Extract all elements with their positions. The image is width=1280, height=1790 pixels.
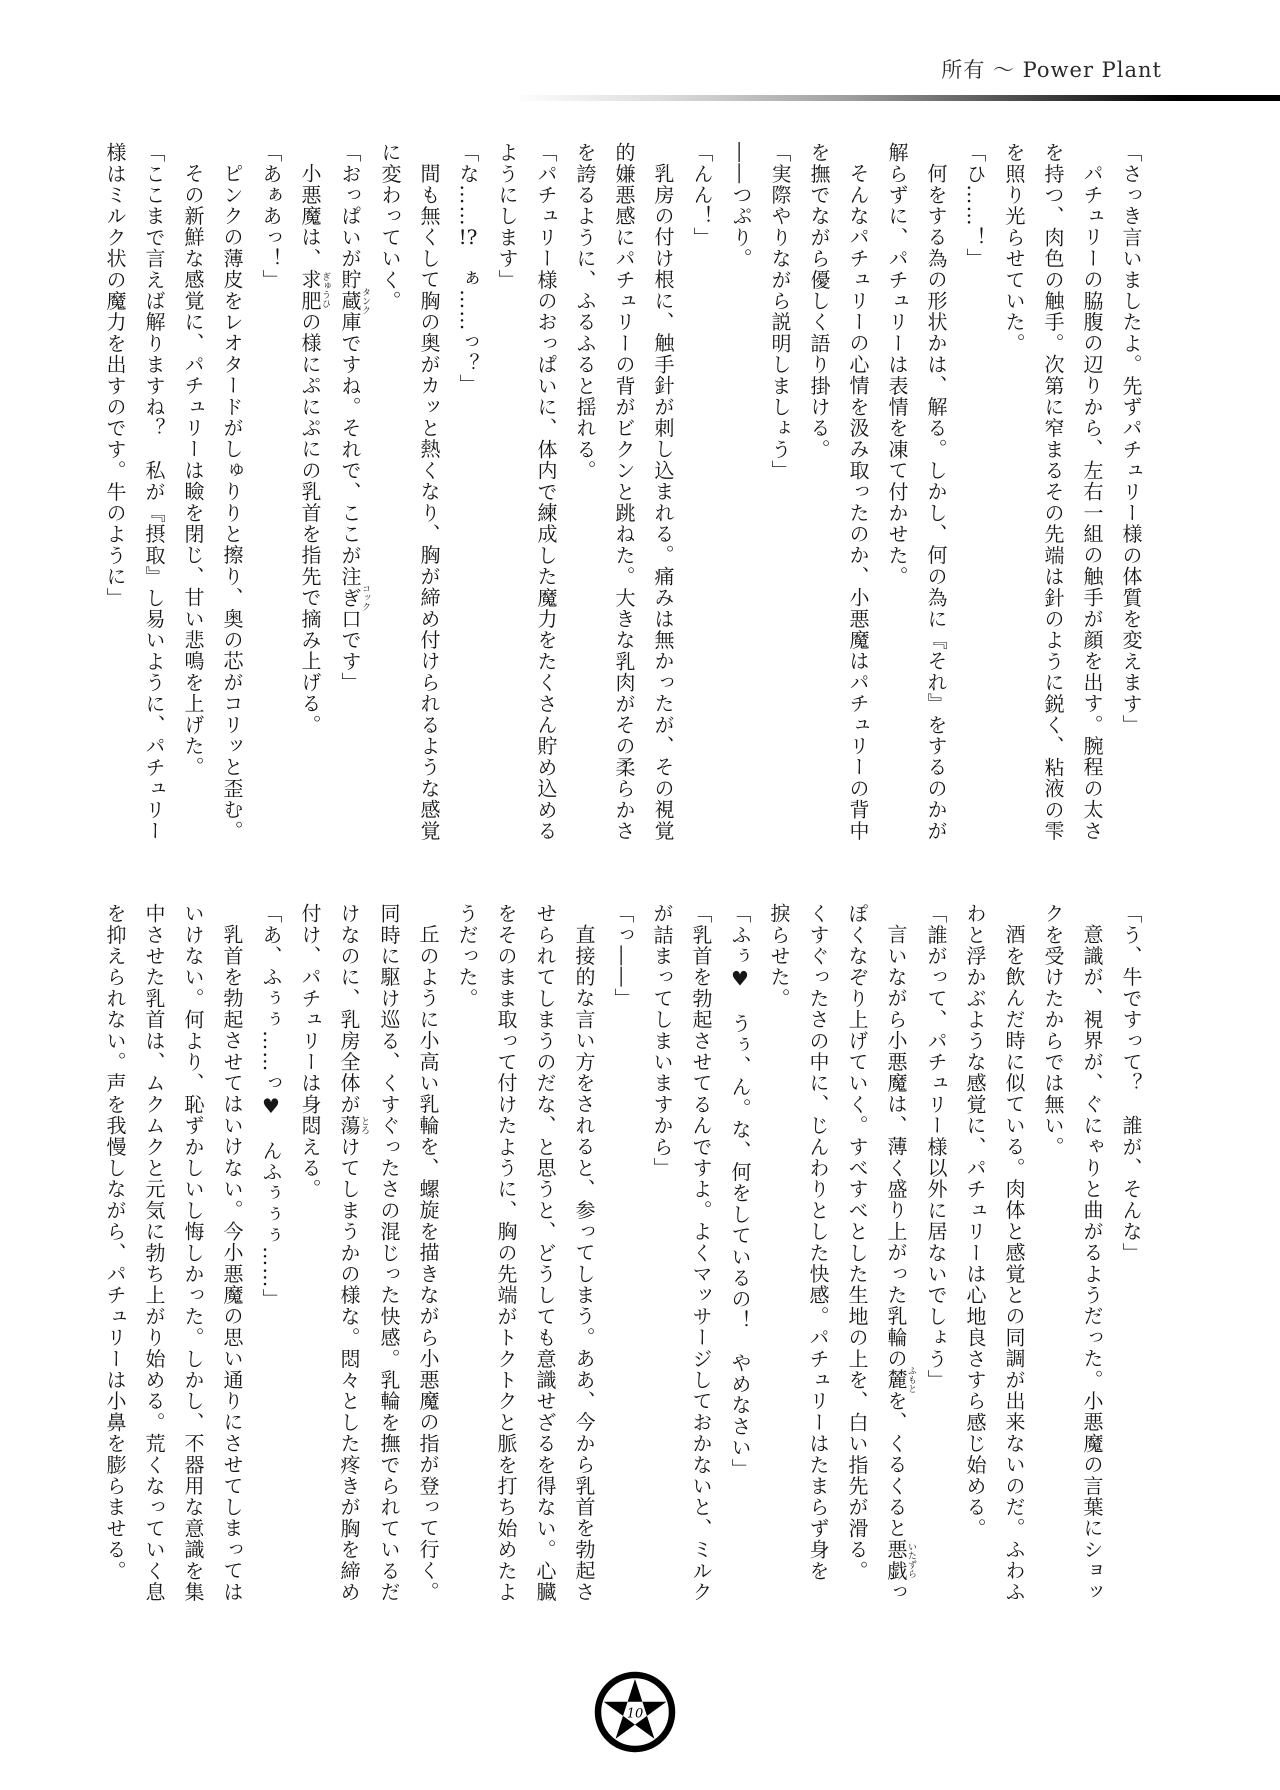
ruby-annotated-word: 蕩とろ: [337, 1115, 361, 1136]
page-number: 10: [627, 1707, 644, 1722]
text-column: 「パチュリー様のおっぱいに、体内で練成した魔力をたくさん貯め込める: [526, 142, 565, 894]
text-column: を抑えられない。声を我慢しながら、パチュリーは小鼻を膨らませる。: [95, 903, 134, 1655]
text-column: 酒を飲んだ時に似ている。肉体と感覚との同調が出来ないのだ。ふわふ: [994, 903, 1033, 1655]
text-column: 同時に駆け巡る、くすぐったさの混じった快感。乳輪を撫でられているだ: [369, 903, 408, 1655]
text-column: 「あ、ふぅぅ……っ♥ んふぅぅぅ……」: [251, 903, 290, 1655]
text-column: せられてしまうのだな、と思うと、どうしても意識せざるを得ない。心臓: [525, 903, 564, 1655]
text-column: 「う、牛ですって？ 誰が、そんな」: [1111, 903, 1150, 1655]
text-column: 的嫌悪感にパチュリーの背がビクンと跳ねた。大きな乳肉がその柔らかさ: [604, 142, 643, 894]
text-column: いけない。何より、恥ずかしいし悔しかった。しかし、不器用な意識を集: [173, 903, 212, 1655]
text-column: が詰まってしまいますから」: [642, 903, 681, 1655]
text-column: うだった。: [447, 903, 486, 1655]
text-column: 直接的な言い方をされると、参ってしまう。ああ、今から乳首を勃起さ: [564, 903, 603, 1655]
ruby-annotated-word: 麓ふもと: [884, 1369, 908, 1390]
text-column: ぽくなぞり上げていく。すべすべとした生地の上を、白い指先が滑る。: [837, 903, 876, 1655]
text-column: そんなパチュリーの心情を汲み取ったのか、小悪魔はパチュリーの背中: [838, 142, 877, 894]
text-column: 「ふぅ♥ うぅ、ん。な、何をしているの！ やめなさい」: [720, 903, 759, 1655]
text-column: 解らずに、パチュリーは表情を凍て付かせた。: [877, 142, 916, 894]
text-column: わと浮かぶような感覚に、パチュリーは心地良さすら感じ始める。: [955, 903, 994, 1655]
text-column: 小悪魔は、求肥ぎゅうひの様にぷにぷにの乳首を指先で摘み上げる。: [290, 142, 330, 894]
tate-chu-yoko-text: !?: [456, 227, 480, 247]
text-column: ようにします」: [487, 142, 526, 894]
text-column: ――つぷり。: [721, 142, 760, 894]
ruby-annotated-word: 貯蔵庫タンク: [338, 269, 362, 333]
text-column: 「誰がって、パチュリー様以外に居ないでしょう」: [916, 903, 955, 1655]
text-column: 様はミルク状の魔力を出すのです。牛のように」: [95, 142, 134, 894]
text-column: を撫でながら優しく語り掛ける。: [799, 142, 838, 894]
text-column: 「っ――」: [603, 903, 642, 1655]
text-column: けなのに、乳房全体が蕩とろけてしまうかの様な。悶々とした疼きが胸を締め: [329, 903, 369, 1655]
text-column: 何をする為の形状かは、解る。しかし、何の為に『それ』をするのかが: [916, 142, 955, 894]
text-column: 「んん！」: [682, 142, 721, 894]
text-column: クを受けたからでは無い。: [1033, 903, 1072, 1655]
text-column: 「おっぱいが貯蔵庫タンクですね。それで、ここが注ぎ口コックです」: [330, 142, 370, 894]
text-column: を誇るように、ふるふると揺れる。: [565, 142, 604, 894]
text-column: 「乳首を勃起させてるんですよ。よくマッサージしておかないと、ミルク: [681, 903, 720, 1655]
text-column: 「な……!? ぁ……っ？」: [448, 142, 487, 894]
text-column: 「実際やりながら説明しましょう」: [760, 142, 799, 894]
ruby-annotated-word: 悪戯いたずら: [884, 1539, 908, 1581]
text-column: を照り光らせていた。: [994, 142, 1033, 894]
text-column: 「ひ……！」: [955, 142, 994, 894]
text-column: くすぐったさの中に、じんわりとした快感。パチュリーはたまらず身を: [798, 903, 837, 1655]
text-column: をそのまま取って付けたように、胸の先端がトクトクと脈を打ち始めたよ: [486, 903, 525, 1655]
text-column: 丘のように小高い乳輪を、螺旋を描きながら小悪魔の指が登って行く。: [408, 903, 447, 1655]
text-column: 捩らせた。: [759, 903, 798, 1655]
text-column: 付け、パチュリーは身悶える。: [290, 903, 329, 1655]
page-title: 所有 ～ Power Plant: [941, 54, 1162, 84]
text-column: に変わっていく。: [370, 142, 409, 894]
bottom-text-block: 「う、牛ですって？ 誰が、そんな」意識が、視界が、ぐにゃりと曲がるようだった。小…: [95, 903, 1150, 1655]
text-column: 「さっき言いましたよ。先ずパチュリー様の体質を変えます」: [1111, 142, 1150, 894]
text-column: 意識が、視界が、ぐにゃりと曲がるようだった。小悪魔の言葉にショッ: [1072, 903, 1111, 1655]
text-column: 言いながら小悪魔は、薄く盛り上がった乳輪の麓ふもとを、くるくると悪戯いたずらっ: [876, 903, 916, 1655]
text-column: その新鮮な感覚に、パチュリーは瞼を閉じ、甘い悲鳴を上げた。: [173, 142, 212, 894]
text-column: を持つ、肉色の触手。次第に窄まるその先端は針のように鋭く、粘液の雫: [1033, 142, 1072, 894]
top-text-block: 「さっき言いましたよ。先ずパチュリー様の体質を変えます」パチュリーの脇腹の辺りか…: [95, 142, 1150, 894]
text-column: ピンクの薄皮をレオタードがしゅりりと擦り、奥の芯がコリッと歪む。: [212, 142, 251, 894]
page-number-emblem: 10: [589, 1666, 681, 1758]
novel-page: 所有 ～ Power Plant 「さっき言いましたよ。先ずパチュリー様の体質を…: [0, 0, 1280, 1790]
text-column: 間も無くして胸の奥がカッと熱くなり、胸が締め付けられるような感覚: [409, 142, 448, 894]
text-column: パチュリーの脇腹の辺りから、左右一組の触手が顔を出す。腕程の太さ: [1072, 142, 1111, 894]
text-column: 乳房の付け根に、触手針が刺し込まれる。痛みは無かったが、その視覚: [643, 142, 682, 894]
ruby-annotated-word: 求肥ぎゅうひ: [298, 269, 322, 311]
text-column: 「あぁあっ！」: [251, 142, 290, 894]
ruby-annotated-word: 注ぎ口コック: [338, 566, 362, 630]
header-divider-rule: [0, 95, 1280, 101]
text-column: 「ここまで言えば解りますね？ 私が『摂取』し易いように、パチュリー: [134, 142, 173, 894]
text-column: 中させた乳首は、ムクムクと元気に勃ち上がり始める。荒くなっていく息: [134, 903, 173, 1655]
text-column: 乳首を勃起させてはいけない。今小悪魔の思い通りにさせてしまっては: [212, 903, 251, 1655]
